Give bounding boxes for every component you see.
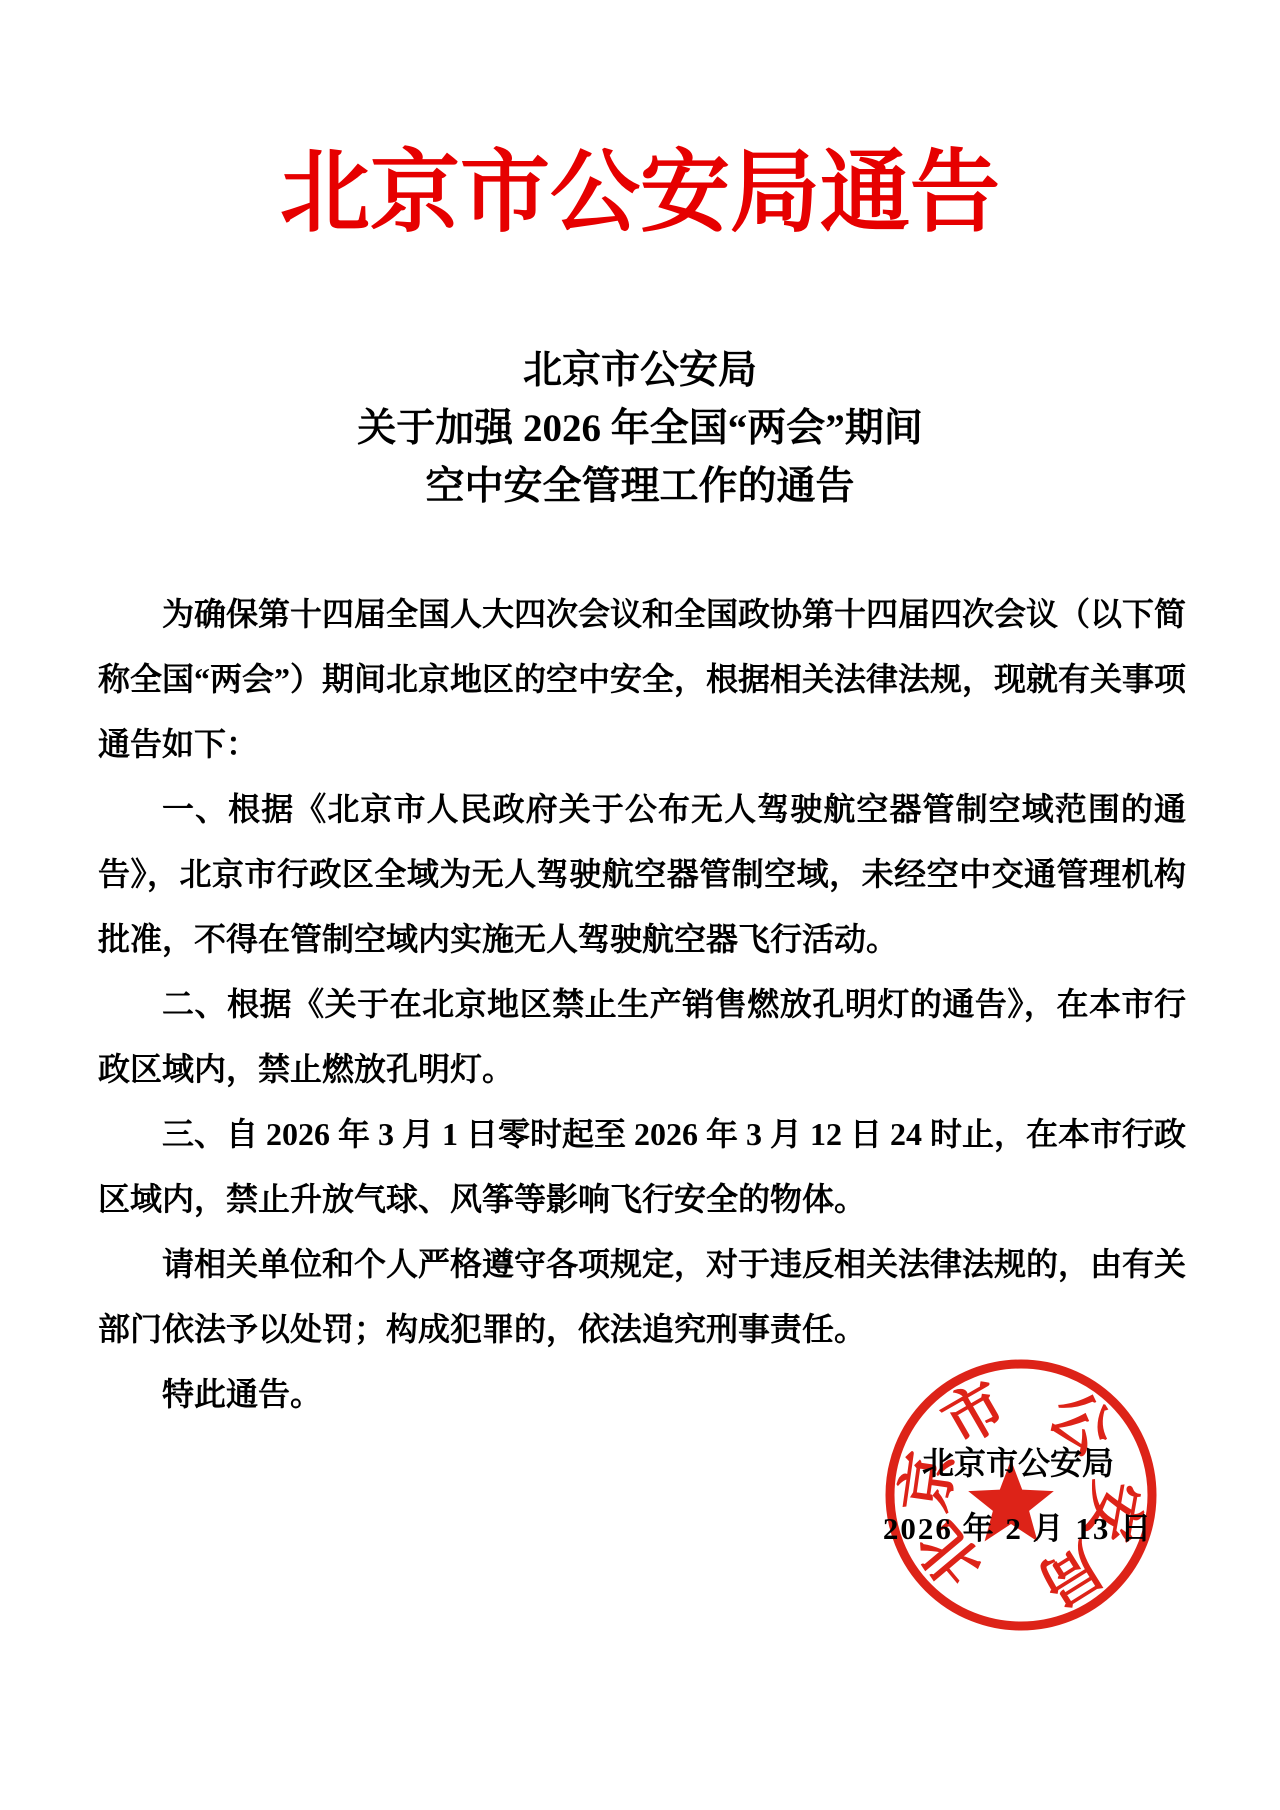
- notice-body: 为确保第十四届全国人大四次会议和全国政协第十四届四次会议（以下简称全国“两会”）…: [98, 582, 1186, 1427]
- document-title-line-3: 空中安全管理工作的通告: [0, 458, 1280, 516]
- document-title-line-2: 关于加强 2026 年全国“两会”期间: [0, 400, 1280, 458]
- official-seal-stamp: 北 京 市 公 安 局: [876, 1350, 1166, 1640]
- paragraph-item-2: 二、根据《关于在北京地区禁止生产销售燃放孔明灯的通告》，在本市行政区域内，禁止燃…: [98, 972, 1186, 1102]
- document-title-line-1: 北京市公安局: [0, 342, 1280, 400]
- paragraph-item-1: 一、根据《北京市人民政府关于公布无人驾驶航空器管制空域范围的通告》，北京市行政区…: [98, 777, 1186, 972]
- notice-document-page: 北京市公安局通告 北京市公安局 关于加强 2026 年全国“两会”期间 空中安全…: [0, 0, 1280, 1810]
- document-title-block: 北京市公安局 关于加强 2026 年全国“两会”期间 空中安全管理工作的通告: [0, 342, 1280, 516]
- paragraph-item-3: 三、自 2026 年 3 月 1 日零时起至 2026 年 3 月 12 日 2…: [98, 1102, 1186, 1232]
- paragraph-intro: 为确保第十四届全国人大四次会议和全国政协第十四届四次会议（以下简称全国“两会”）…: [98, 582, 1186, 777]
- signature-date: 2026 年 2 月 13 日: [853, 1503, 1183, 1548]
- banner-title: 北京市公安局通告: [0, 138, 1280, 251]
- signature-issuer: 北京市公安局: [853, 1438, 1183, 1484]
- signature-and-seal-block: 北 京 市 公 安 局 北京市公安局 2026 年 2 月 13 日: [853, 1340, 1193, 1650]
